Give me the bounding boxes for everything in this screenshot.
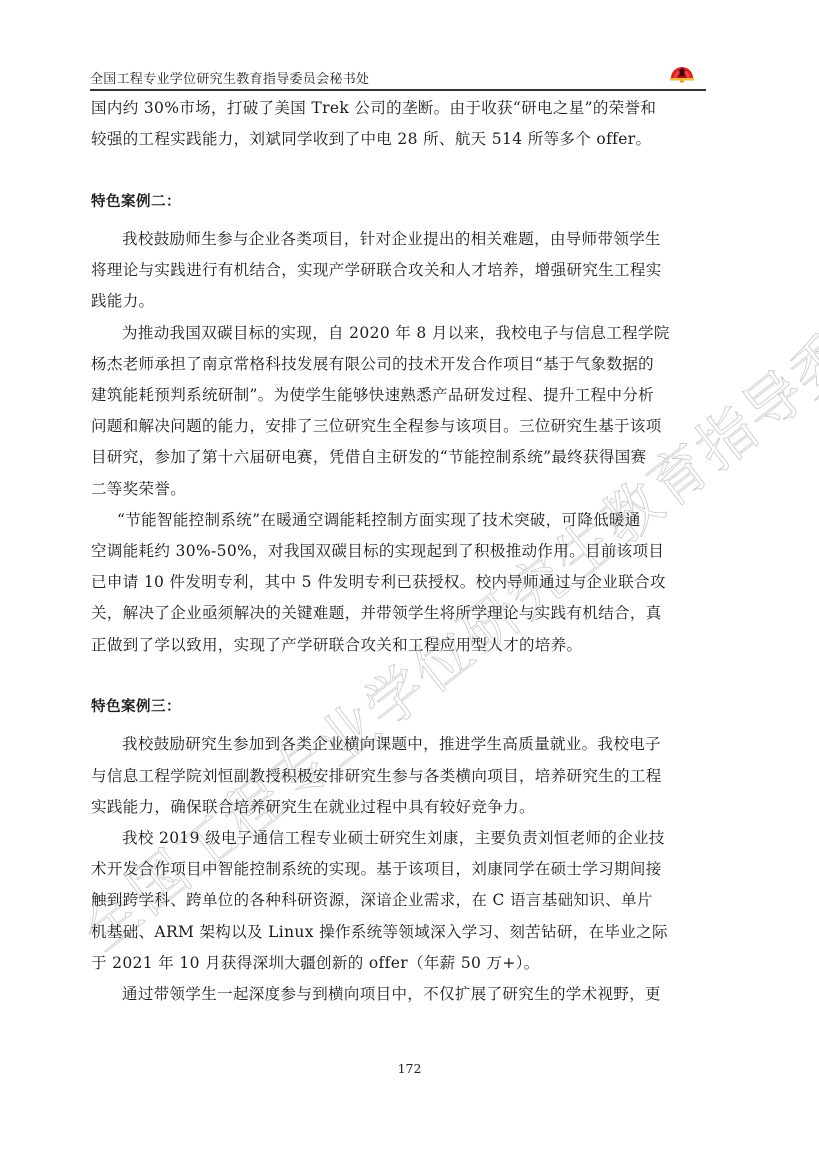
body-line: 为推动我国双碳目标的实现，自 2020 年 8 月以来，我校电子与信息工程学院 [91, 318, 707, 349]
body-content: 国内约 30%市场，打破了美国 Trek 公司的垄断。由于收获“研电之星”的荣誉… [91, 93, 707, 1010]
body-line: “节能智能控制系统”在暖通空调能耗控制方面实现了技术突破，可降低暖通 [91, 505, 707, 536]
body-line: 我校 2019 级电子通信工程专业硕士研究生刘康，主要负责刘恒老师的企业技 [91, 823, 707, 854]
body-line: 关，解决了企业亟须解决的关键难题，并带领学生将所学理论与实践有机结合，真 [91, 598, 707, 629]
body-line: 问题和解决问题的能力，安排了三位研究生全程参与该项目。三位研究生基于该项 [91, 411, 707, 442]
body-line: 目研究，参加了第十六届研电赛，凭借自主研发的“节能控制系统”最终获得国赛 [91, 442, 707, 473]
body-line: 国内约 30%市场，打破了美国 Trek 公司的垄断。由于收获“研电之星”的荣誉… [91, 93, 707, 124]
body-line: 我校鼓励研究生参加到各类企业横向课题中，推进学生高质量就业。我校电子 [91, 729, 707, 760]
body-line: 正做到了学以致用，实现了产学研联合攻关和工程应用型人才的培养。 [91, 630, 707, 661]
body-line: 机基础、ARM 架构以及 Linux 操作系统等领域深入学习、刻苦钻研，在毕业之… [91, 917, 707, 948]
paragraph-gap [91, 155, 707, 187]
section-heading-case-3: 特色案例三： [91, 692, 707, 723]
paragraph-gap [91, 661, 707, 693]
body-line: 通过带领学生一起深度参与到横向项目中，不仅扩展了研究生的学术视野，更 [91, 979, 707, 1010]
body-line: 触到跨学科、跨单位的各种科研资源，深谙企业需求，在 C 语言基础知识、单片 [91, 885, 707, 916]
body-line: 实践能力，确保联合培养研究生在就业过程中具有较好竞争力。 [91, 792, 707, 823]
header-divider [90, 89, 706, 91]
body-line: 杨杰老师承担了南京常格科技发展有限公司的技术开发合作项目“基于气象数据的 [91, 349, 707, 380]
document-page: 全国工程专业学位研究生教育指导委员会秘书处 全国工程专业学位研究生教育指导委员会… [0, 0, 819, 1158]
body-line: 建筑能耗预判系统研制”。为使学生能够快速熟悉产品研发过程、提升工程中分析 [91, 380, 707, 411]
body-line: 我校鼓励师生参与企业各类项目，针对企业提出的相关难题，由导师带领学生 [91, 224, 707, 255]
body-line: 空调能耗约 30%-50%，对我国双碳目标的实现起到了积极推动作用。目前该项目 [91, 536, 707, 567]
page-header: 全国工程专业学位研究生教育指导委员会秘书处 [90, 58, 706, 88]
body-line: 较强的工程实践能力，刘斌同学收到了中电 28 所、航天 514 所等多个 off… [91, 124, 707, 155]
page-number: 172 [0, 1061, 819, 1076]
body-line: 已申请 10 件发明专利，其中 5 件发明专利已获授权。校内导师通过与企业联合攻 [91, 567, 707, 598]
body-line: 与信息工程学院刘恒副教授积极安排研究生参与各类横向项目，培养研究生的工程 [91, 761, 707, 792]
body-line: 将理论与实践进行有机结合，实现产学研联合攻关和人才培养，增强研究生工程实 [91, 255, 707, 286]
body-line: 二等奖荣誉。 [91, 474, 707, 505]
body-line: 践能力。 [91, 286, 707, 317]
section-heading-case-2: 特色案例二： [91, 187, 707, 218]
body-line: 术开发合作项目中智能控制系统的实现。基于该项目，刘康同学在硕士学习期间接 [91, 854, 707, 885]
emblem-logo-icon [668, 58, 696, 84]
header-title: 全国工程专业学位研究生教育指导委员会秘书处 [90, 68, 369, 87]
body-line: 于 2021 年 10 月获得深圳大疆创新的 offer（年薪 50 万+）。 [91, 948, 707, 979]
